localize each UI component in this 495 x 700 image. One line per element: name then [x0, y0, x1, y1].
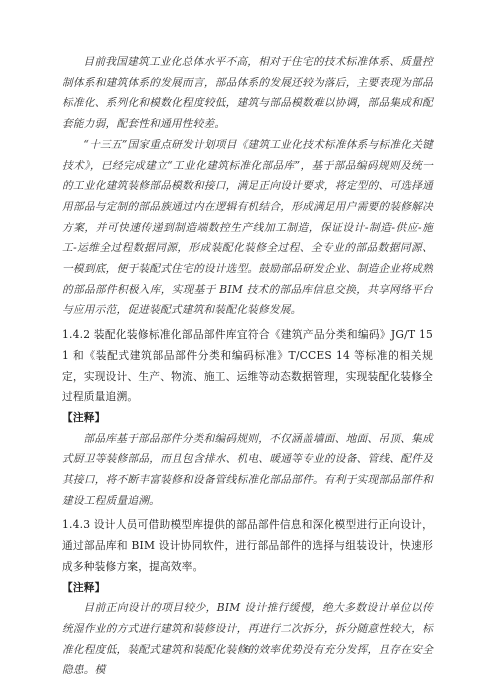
- document-page: 目前我国建筑工业化总体水平不高，相对于住宅的技术标准体系、质量控制体系和建筑体系…: [0, 0, 495, 700]
- note-label: 【注释】: [62, 408, 433, 429]
- commentary-paragraph: “十三五”国家重点研发计划项目《建筑工业化技术标准体系与标准化关键技术》，已经完…: [62, 135, 433, 321]
- page-footer: 6: [0, 638, 495, 657]
- page-content: 目前我国建筑工业化总体水平不高，相对于住宅的技术标准体系、质量控制体系和建筑体系…: [62, 52, 433, 681]
- note-paragraph: 部品库基于部品部件分类和编码规则，不仅涵盖墙面、地面、吊顶、集成式厨卫等装修部品…: [62, 429, 433, 512]
- note-label: 【注释】: [62, 578, 433, 599]
- commentary-paragraph: 目前我国建筑工业化总体水平不高，相对于住宅的技术标准体系、质量控制体系和建筑体系…: [62, 52, 433, 135]
- page-number: 6: [244, 645, 250, 656]
- clause-1-4-3: 1.4.3 设计人员可借助模型库提供的部品部件信息和深化模型进行正向设计，通过部…: [62, 515, 433, 577]
- clause-1-4-2: 1.4.2 装配化装修标准化部品部件库宜符合《建筑产品分类和编码》JG/T 15…: [62, 325, 433, 408]
